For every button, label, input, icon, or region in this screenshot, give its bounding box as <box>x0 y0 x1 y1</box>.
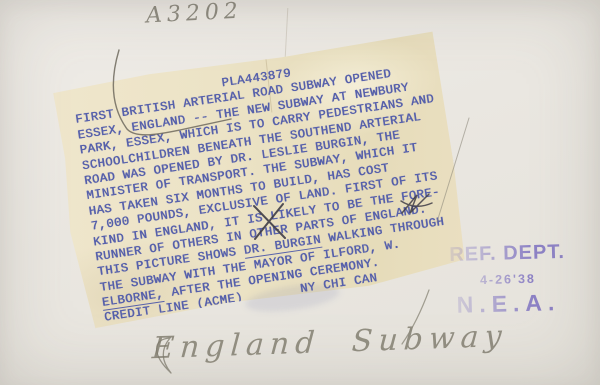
typed-caption: PLA443879FIRST BRITISH ARTERIAL ROAD SUB… <box>48 30 469 330</box>
ref-dept-stamp: REF. DEPT. 4-26'38 N.E.A. <box>449 240 600 319</box>
handwritten-title: England Subway <box>151 319 509 367</box>
handwritten-catalog-number: A3202 <box>145 0 243 29</box>
caption-slip: PLA443879FIRST BRITISH ARTERIAL ROAD SUB… <box>48 30 469 330</box>
stamp-department-line: REF. DEPT. <box>449 240 600 267</box>
stamp-date-line: 4-26'38 <box>480 270 600 287</box>
card-crease-line <box>285 8 289 58</box>
stamp-agency-line: N.E.A. <box>456 288 600 319</box>
photo-card-scan: A3202 PLA443879FIRST BRITISH ARTERIAL RO… <box>0 0 600 385</box>
